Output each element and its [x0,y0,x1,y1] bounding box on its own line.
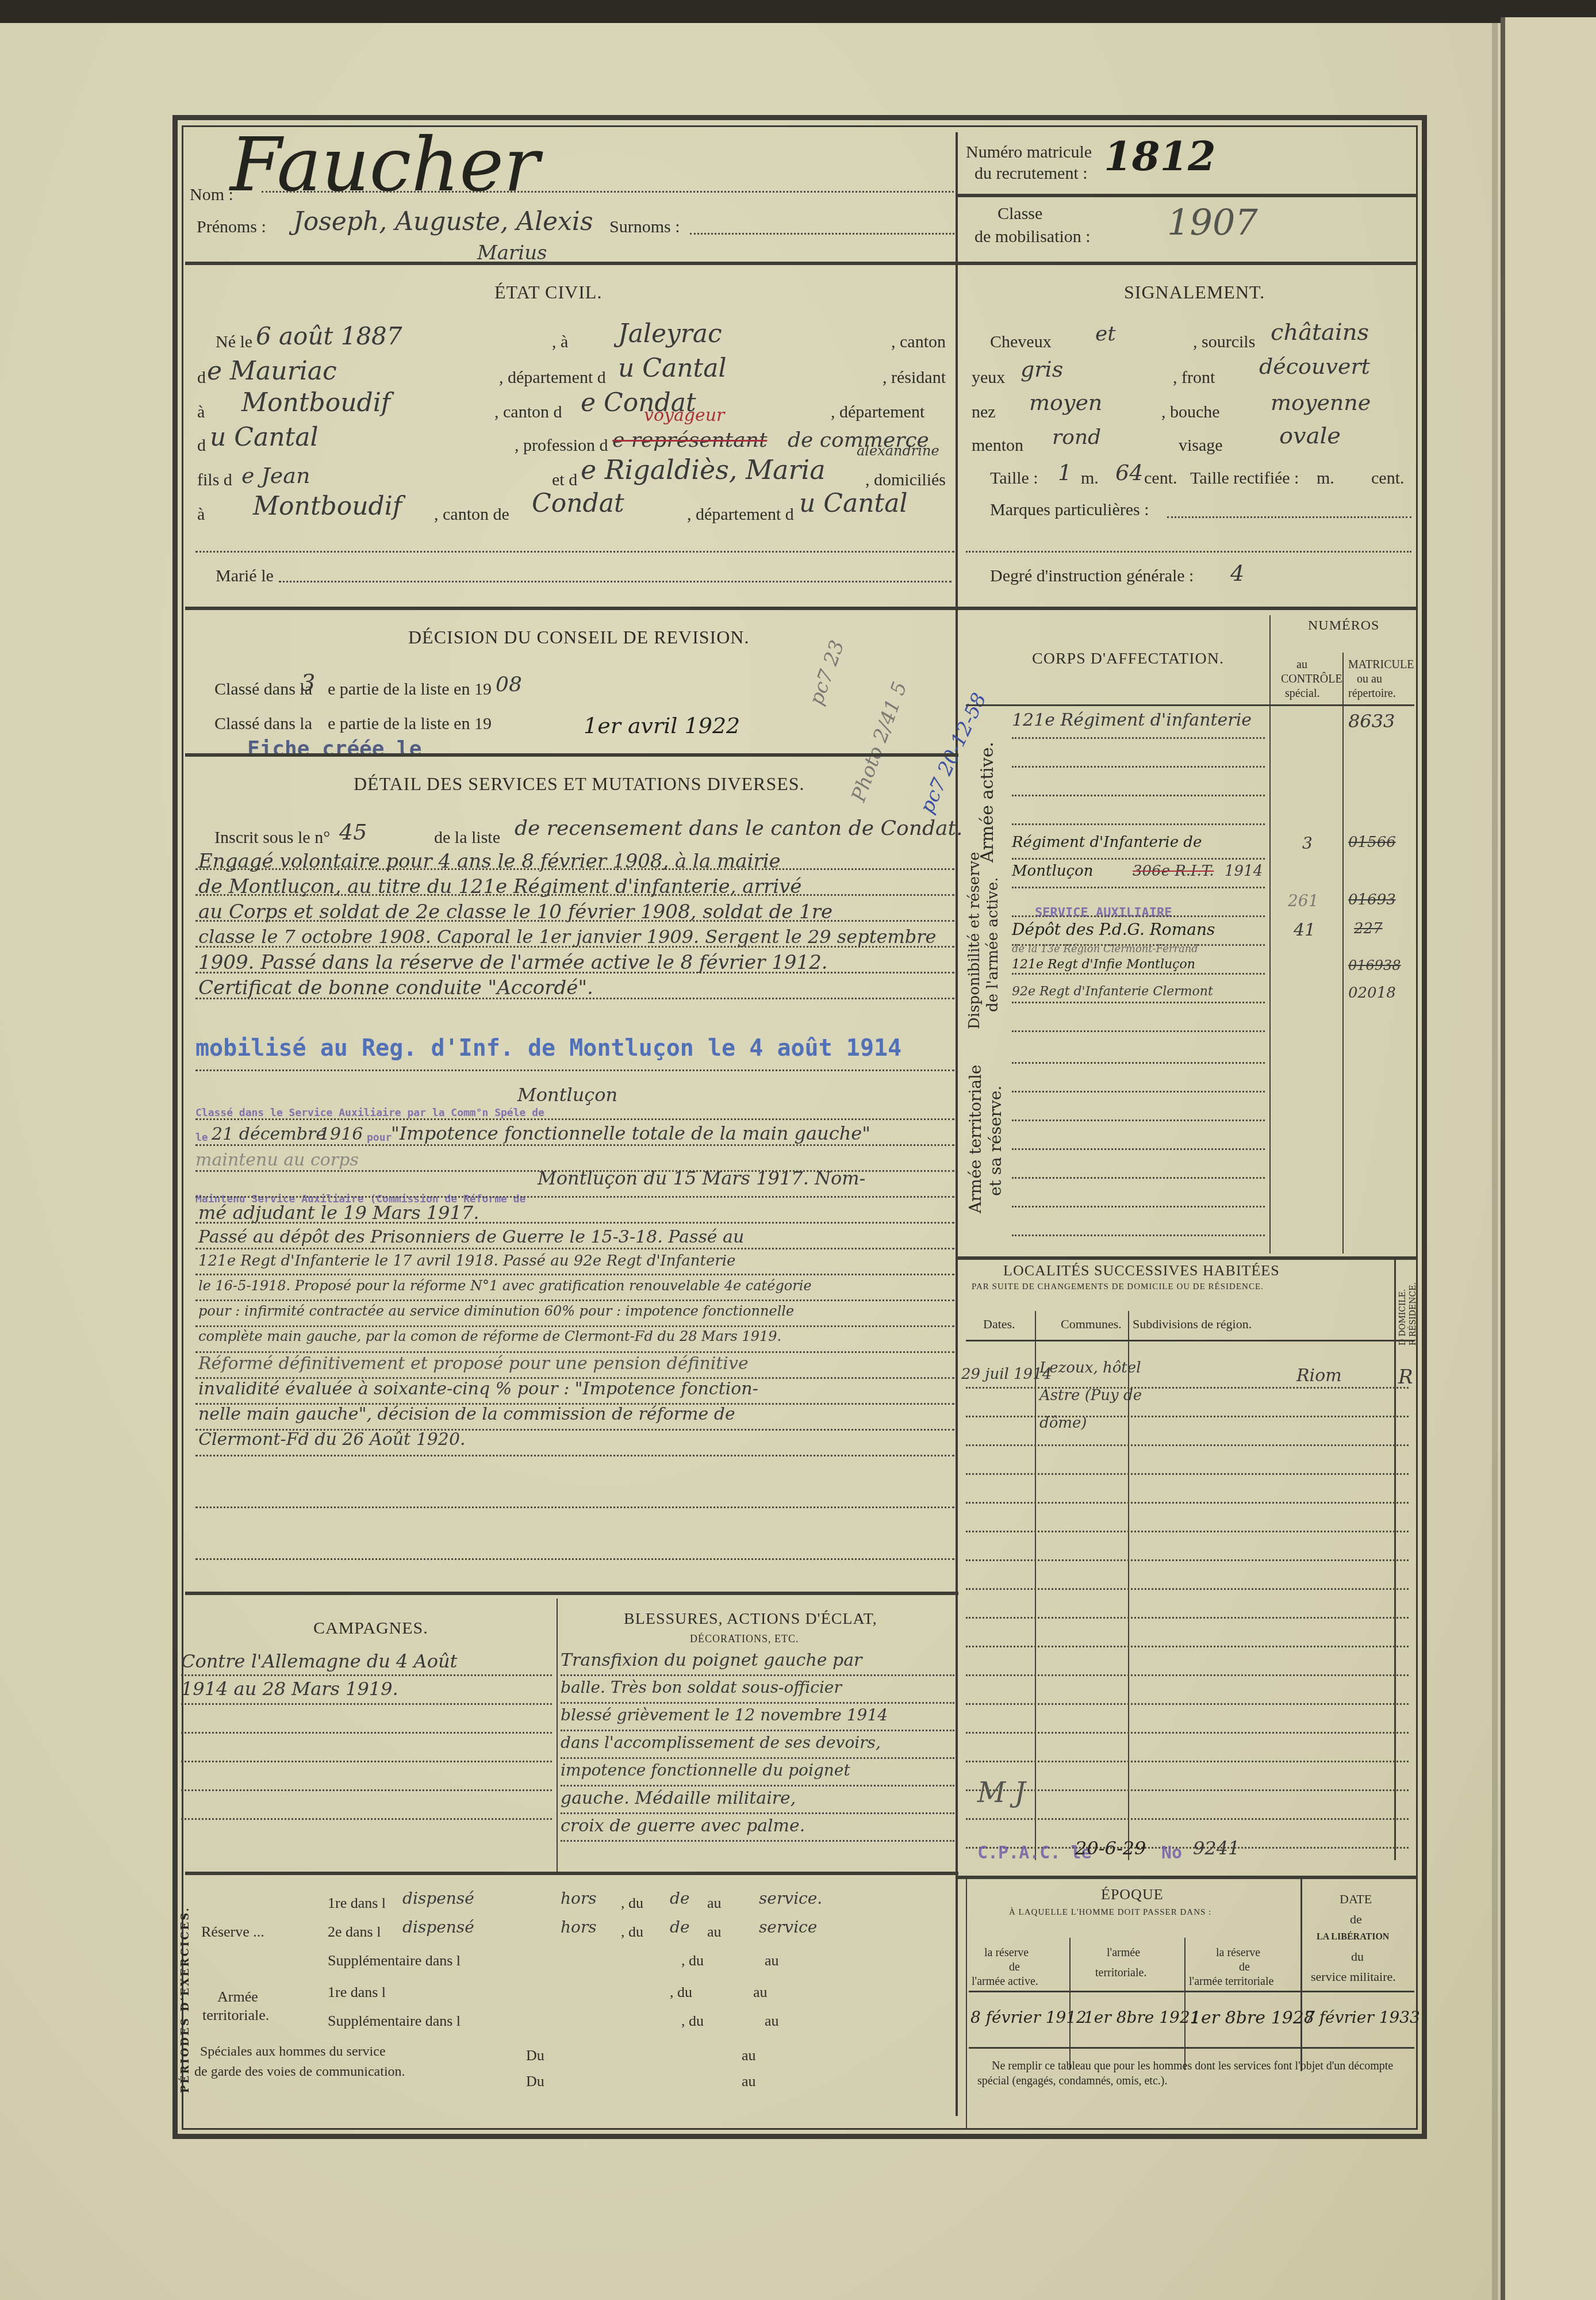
liste-label: de la liste [434,828,500,848]
header-text: répertoire. [1348,687,1396,700]
blank-line [195,551,954,553]
marques-label: Marques particulières : [990,500,1149,520]
nom-label: Nom : [190,185,233,205]
taille-m-label: m. [1081,469,1099,488]
menton-label: menton [972,436,1023,455]
ne-le-value: 6 août 1887 [256,322,402,350]
reserve-controle-1: 3 [1302,834,1313,853]
profession-struck: e représentant [612,428,767,452]
header-text: ou au [1357,673,1382,686]
header-text: service militaire. [1311,1969,1396,1984]
taille-rectifiee-label: Taille rectifiée : [1190,469,1299,488]
classe1-annee: 08 [496,673,522,696]
blessure-line: gauche. Médaille militaire, [561,1788,796,1808]
rule [1012,858,1265,860]
classe1-label-b: e partie de la liste en 19 [328,680,492,699]
taille-cent-value: 64 [1115,460,1143,485]
blessure-line: dans l'accomplissement de ses devoirs, [561,1733,881,1752]
rule [1012,973,1265,975]
reserve-extra: 1914 [1225,862,1263,880]
residant-a-label: à [197,402,205,422]
service-line: Certificat de bonne conduite "Accordé". [198,976,593,999]
row-label: Supplémentaire dans l [328,1952,461,1969]
divider [957,1256,1417,1260]
reserve-matricule-6: 016938 [1348,957,1401,973]
campagnes-title: CAMPAGNES. [313,1619,428,1638]
visage-label: visage [1179,436,1223,455]
matricule-label-1: Numéro matricule [966,143,1092,162]
armee-active-label: Armée active. [977,742,997,862]
rule [181,1732,552,1734]
dispo-label-2: de l'armée active. [984,877,1002,1012]
header-text: l'armée territoriale [1189,1975,1273,1988]
reserve-matricule-1: 01566 [1348,834,1396,851]
col-communes: Communes. [1061,1317,1122,1332]
localites-title: LOCALITÉS SUCCESSIVES HABITÉES [1003,1262,1280,1279]
service-line: 121e Regt d'Infanterie le 17 avril 1918.… [198,1252,735,1270]
fiche-stamp: Fiche créée le [247,737,421,761]
row-value: dispensé [402,1918,474,1937]
aux-stamp: Classé dans le Service Auxiliaire par la… [195,1107,544,1119]
blessure-line: blessé grièvement le 12 novembre 1914 [561,1705,888,1724]
epoque-note: Ne remplir ce tableau que pour les homme… [977,2058,1414,2088]
col-divider [1300,1876,1302,2071]
rule [195,1429,954,1431]
service-line: Passé au dépôt des Prisonniers de Guerre… [198,1227,744,1247]
visage-value: ovale [1279,423,1341,449]
du-label: , du [670,1984,692,2001]
header-text: DATE [1340,1892,1372,1907]
surnoms-label: Surnoms : [609,217,680,237]
du-label: Du [526,2073,544,2090]
classe1-partie: 3 [301,670,315,696]
rule [195,1403,954,1405]
rule [561,1840,954,1842]
au-label: au [753,1984,768,2001]
dom-canton-value: Condat [532,489,624,518]
rule [181,1761,552,1762]
taille-rectifiee-m-label: m. [1317,469,1334,488]
du-label: , du [621,1923,643,1941]
reserve-corps-6: 121e Regt d'Infie Montluçon [1012,957,1195,972]
header-text: de [1239,1961,1250,1974]
reserve-matricule-4: 227 [1354,920,1383,937]
taille-label: Taille : [990,469,1038,488]
au-label: au [765,2012,779,2030]
rule [966,1789,1409,1791]
services-title: DÉTAIL DES SERVICES ET MUTATIONS DIVERSE… [354,773,805,795]
blessure-line: croix de guerre avec palme. [561,1816,805,1836]
reserve-matricule-3: 01693 [1348,891,1396,908]
territoriale-label-2: territoriale. [202,2007,269,2024]
du-label: Du [526,2047,544,2064]
active-corps: 121e Régiment d'infanterie [1012,710,1252,730]
rule [1012,915,1265,917]
divider [957,262,1417,265]
rule [1012,1062,1265,1064]
localite-dr: R [1398,1366,1413,1389]
speciales-label-1: Spéciales aux hommes du service [200,2044,386,2060]
col-subdivisions: Subdivisions de région. [1133,1317,1252,1332]
service-line: classe le 7 octobre 1908. Caporal le 1er… [198,926,937,948]
col-divider [1035,1311,1036,1860]
surnoms-line [690,233,954,235]
departement-label: , département d [499,368,606,388]
dispo-label-1: Disponibilité et réserve [966,852,983,1029]
classe-label-2: de mobilisation : [975,227,1091,247]
page-fold [1492,23,1498,2300]
blessures-subtitle: DÉCORATIONS, ETC. [690,1633,799,1645]
au-label: au [707,1895,722,1912]
classe-value: 1907 [1167,201,1258,243]
header-text: la réserve [1216,1946,1260,1960]
rule [1012,1206,1265,1207]
service-line: invalidité évaluée à soixante-cinq % pou… [198,1379,758,1399]
header-text: au [1296,658,1307,672]
sourcils-value: châtains [1271,319,1369,346]
residant-dept-label: , département [831,402,924,422]
residant-value: Montboudif [241,388,390,417]
col-dates: Dates. [983,1317,1015,1332]
rule [966,1818,1409,1820]
birthplace-value: Jaleyrac [618,319,722,348]
rule [1012,944,1265,946]
prenoms-value: Joseph, Auguste, Alexis [293,207,593,236]
header-text: LA LIBÉRATION [1317,1932,1389,1942]
bouche-label: , bouche [1161,402,1220,422]
taille-rectifiee-cent-label: cent. [1371,469,1404,488]
rule [195,1325,954,1327]
rule [181,1789,552,1791]
rule [195,1377,954,1379]
divider [957,1876,1417,1879]
dom-a-label: à [197,505,205,524]
classe2-label-a: Classé dans la [214,714,312,734]
blessure-line: balle. Très bon soldat sous-officier [561,1678,842,1697]
marques-line [1167,516,1411,518]
blessure-line: Transfixion du poignet gauche par [561,1650,862,1670]
residant-dept-value: u Cantal [210,423,319,452]
etat-civil-title: ÉTAT CIVIL. [494,282,602,303]
row-label: Supplémentaire dans l [328,2012,461,2030]
rule [561,1702,954,1704]
numeros-title: NUMÉROS [1308,618,1379,634]
nez-label: nez [972,402,996,422]
divider [185,607,958,610]
col-divider [1184,1938,1186,2070]
rule [1012,795,1265,796]
bouche-value: moyenne [1271,390,1371,415]
aux-date-prefix: le [195,1132,208,1144]
dom-value: Montboudif [253,492,402,521]
col-divider [1342,653,1344,1253]
prenoms-label: Prénoms : [197,217,266,237]
service-line: pour : infirmité contractée au service d… [198,1303,794,1319]
rule [195,1274,954,1275]
date-liberation: 8 février 1933 [1304,2008,1420,2027]
rule [195,1558,954,1560]
au-label: au [765,1952,779,1969]
blessure-line: impotence fonctionnelle du poignet [561,1761,850,1780]
residant-label: , résidant [883,368,946,388]
service-auxiliaire-stamp: SERVICE AUXILIAIRE [1035,906,1172,920]
campagne-line: 1914 au 28 Mars 1919. [181,1678,398,1700]
service-line: le 16-5-1918. Proposé pour la réforme N°… [198,1278,812,1294]
rule [966,1617,1409,1619]
marie-label: Marié le [216,566,274,586]
localite-commune: Lezoux, hôtel Astre (Puy de dôme) [1039,1354,1172,1437]
territoriale-label-1: Armée territoriale [966,1065,985,1213]
col-divider [1069,1938,1071,2070]
du-label: , du [681,2012,704,2030]
maintenu-value: Montluçon du 15 Mars 1917. Nom- [538,1167,865,1189]
service-line: Clermont-Fd du 26 Août 1920. [198,1429,466,1450]
cpac-date: 20-6-29 [1075,1837,1146,1859]
rule [966,1416,1409,1417]
nom-line [262,191,957,193]
row-value-2: hors [561,1889,597,1908]
reserve-corps-7: 92e Regt d'Infanterie Clermont [1012,984,1213,999]
fiche-date: 1er avril 1922 [584,713,740,738]
divider [957,607,1417,610]
dom-dept-label: , département d [687,505,794,524]
rule [966,1531,1409,1532]
service-line: complète main gauche, par la comon de ré… [198,1328,781,1344]
dom-dept-value: u Cantal [799,489,908,518]
cheveux-value: et [1095,322,1116,346]
aux-reason: "Impotence fonctionnelle totale de la ma… [391,1122,870,1144]
center-divider [956,132,958,2116]
header-text: de [1350,1912,1362,1927]
header-text: spécial. [1285,687,1320,700]
canton-label: , canton [891,332,946,352]
header-text: MATRICULE [1348,658,1414,672]
service-line: nelle main gauche", décision de la commi… [198,1404,735,1424]
rule [1012,1030,1265,1032]
speciales-label-2: de garde des voies de communication. [194,2064,405,2080]
header-text: CONTRÔLE [1281,673,1342,686]
rule [966,1387,1409,1389]
taille-m-value: 1 [1058,460,1072,485]
fils-label: fils d [197,470,232,490]
profession-correction: voyageur [644,405,724,425]
service-line: Réformé définitivement et proposé pour u… [198,1354,749,1374]
active-matricule: 8633 [1348,710,1395,732]
nom-value: Faucher [230,121,539,208]
rule [966,1588,1409,1590]
rule [966,1444,1409,1446]
note-initials: M J [977,1777,1026,1809]
du-value: de [670,1918,690,1937]
prenoms-value-2: Marius [477,241,547,264]
matricule-value: 1812 [1104,132,1216,180]
cpac-stamp: C.P.A.C. le [977,1843,1092,1863]
rule [561,1674,954,1676]
rule [966,1646,1409,1647]
service-line: 1909. Passé dans la réserve de l'armée a… [198,951,828,974]
epoque-reserve-active: 8 février 1912 [970,2008,1087,2027]
rule [195,1144,954,1146]
header-text: la réserve [984,1946,1029,1960]
au-label: au [742,2073,756,2090]
rule [966,1761,1409,1762]
rule [966,1502,1409,1504]
degre-value: 4 [1230,561,1244,586]
reserve-corps-1: Régiment d'Infanterie de [1012,834,1202,851]
mother-extra: alexandrine [857,443,939,459]
divider [185,753,958,757]
reserve-controle-3: 261 [1288,891,1318,910]
marques-line-2 [966,551,1411,553]
localites-subtitle: PAR SUITE DE CHANGEMENTS DE DOMICILE OU … [972,1282,1264,1292]
profession-label: , profession d [515,436,608,455]
menton-value: rond [1052,425,1101,449]
epoque-subtitle: À LAQUELLE L'HOMME DOIT PASSER DANS : [1009,1908,1211,1918]
aux-place: Montluçon [517,1084,617,1106]
aux-year: 1916 [319,1124,363,1144]
du-label: , du [621,1895,643,1912]
cheveux-label: Cheveux [990,332,1052,352]
header-divider [966,1340,1414,1341]
rule [561,1785,954,1787]
campagne-line: Contre l'Allemagne du 4 Août [181,1650,457,1672]
a-label: , à [552,332,568,352]
periodes-side-label: PÉRIODES D'EXERCICES. [179,1906,191,2093]
reserve-label: Réserve ... [201,1923,264,1941]
blessures-title: BLESSURES, ACTIONS D'ÉCLAT, [624,1610,877,1628]
col-domicile: D DOMICILE. [1398,1289,1407,1345]
rule [966,1559,1409,1561]
reserve-corps-2: Montluçon [1012,862,1094,880]
divider [957,194,1417,197]
row-label: 1re dans l [328,1895,386,1912]
rule [195,868,954,870]
row-label: 1re dans l [328,1984,386,2001]
rule [1012,1091,1265,1092]
front-value: découvert [1259,354,1370,379]
nez-value: moyen [1029,390,1102,415]
front-label: , front [1173,368,1215,388]
degre-label: Degré d'instruction générale : [990,566,1194,586]
divider [185,262,958,265]
rule [195,1118,954,1120]
rule [966,1473,1409,1475]
au-value: service [759,1918,817,1937]
rule [195,894,954,896]
yeux-label: yeux [972,368,1005,388]
rule [195,1506,954,1508]
aux-faint-note: maintenu au corps [195,1150,359,1170]
cpac-no: 9241 [1193,1837,1240,1859]
rule [1012,766,1265,768]
col-divider [1269,615,1271,1253]
classe1-label-a: Classé dans la [214,680,312,699]
row-value-2: hors [561,1918,597,1937]
divider [185,1872,958,1875]
service-line: mé adjudant le 19 Mars 1917. [198,1202,479,1224]
ne-le-label: Né le [216,332,252,352]
rule [1012,823,1265,825]
rule [195,1299,954,1301]
residant-dept-prefix: d [197,436,206,455]
reserve-controle-4: 41 [1294,920,1315,940]
localite-date: 29 juil 1914 [961,1366,1052,1383]
classe-label-1: Classe [997,204,1042,224]
matricule-label-2: du recrutement : [975,164,1088,183]
du-label: , du [681,1952,704,1969]
au-label: au [707,1923,722,1941]
inscrit-label: Inscrit sous le n° [214,828,330,848]
rule [561,1757,954,1759]
rule [195,1351,954,1353]
rule [195,1222,954,1224]
rule [195,1455,954,1456]
epoque-title: ÉPOQUE [1101,1886,1164,1903]
col-divider [966,1876,967,2129]
rule [195,946,954,948]
du-value: de [670,1889,690,1908]
inscrit-num: 45 [339,819,367,845]
canton-value: e Mauriac [207,356,337,386]
epoque-territoriale: 1er 8bre 1921 [1084,2008,1200,2027]
signalement-title: SIGNALEMENT. [1124,282,1265,303]
header-text: l'armée [1107,1946,1140,1960]
rule [1012,1120,1265,1121]
rule [561,1730,954,1731]
reserve-corps-4: Dépôt des P.d.G. Romans [1012,920,1215,939]
reserve-matricule-7: 02018 [1348,984,1396,1002]
dom-canton-label: , canton de [434,505,509,524]
adjacent-page-edge [1501,17,1596,2300]
rule [195,972,954,973]
conseil-title: DÉCISION DU CONSEIL DE REVISION. [408,627,749,648]
rule [181,1703,552,1705]
au-value: service. [759,1889,822,1908]
epoque-reserve-territoriale: 1er 8bre 1927 [1190,2008,1315,2028]
rule [1012,737,1265,739]
mobilise-stamp: mobilisé au Reg. d'Inf. de Montluçon le … [195,1035,901,1061]
divider [185,1592,958,1595]
aux-date: 21 décembre [212,1124,326,1144]
marie-line [279,581,952,582]
sourcils-label: , sourcils [1193,332,1255,352]
rule [966,1674,1409,1676]
col-residence: R RÉSIDENCE. [1409,1282,1418,1345]
territoriale-label-1: Armée [217,1988,258,2006]
header-divider [966,704,1414,706]
rule [181,1674,552,1676]
header-text: l'armée active. [972,1975,1038,1988]
au-label: au [742,2047,756,2064]
rule [1012,1002,1265,1003]
classe2-label-b: e partie de la liste en 19 [328,714,492,734]
rule [1012,887,1265,888]
row-value: dispensé [402,1889,474,1908]
canton-prefix: d [197,368,206,388]
rule [195,1196,954,1198]
taille-cent-label: cent. [1144,469,1177,488]
col-divider [557,1598,558,1874]
cpac-no-label: No [1161,1843,1182,1863]
divider [969,2047,1414,2049]
aux-pour: pour [367,1132,392,1144]
corps-title: CORPS D'AFFECTATION. [1032,650,1224,668]
localite-subdivision: Riom [1296,1366,1342,1386]
residant-canton-label: , canton d [494,402,562,422]
header-divider [969,1991,1414,1992]
rule [181,1818,552,1820]
territoriale-label-2: et sa réserve. [986,1086,1005,1196]
